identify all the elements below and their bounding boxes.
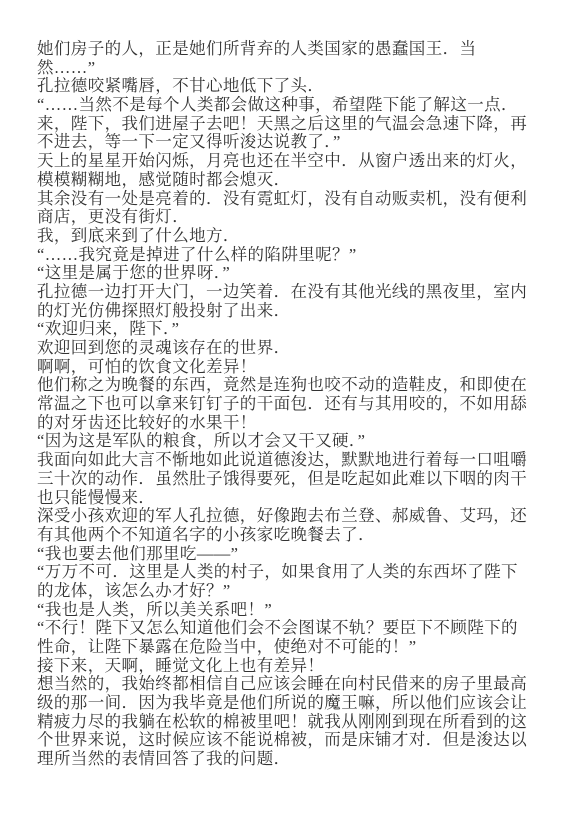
text-line: 深受小孩欢迎的军人孔拉德，好像跑去布兰登、郝威鲁、艾玛，还 [37, 507, 557, 526]
text-line: “……我究竟是掉进了什么样的陷阱里呢？” [37, 246, 557, 265]
text-line: 然……” [37, 59, 557, 78]
text-line: 模模糊糊地，感觉随时都会熄灭． [37, 171, 557, 190]
page-text-block: 她们房子的人，正是她们所背弃的人类国家的愚蠢国王．当然……”孔拉德咬紧嘴唇，不甘… [37, 40, 557, 769]
text-line: 欢迎回到您的灵魂该存在的世界． [37, 339, 557, 358]
text-line: 来，陛下，我们进屋子去吧！天黑之后这里的气温会急速下降，再 [37, 115, 557, 134]
text-line: 天上的星星开始闪烁，月亮也还在半空中．从窗户透出来的灯火， [37, 152, 557, 171]
text-line: 接下来，天啊，睡觉文化上也有差异！ [37, 657, 557, 676]
text-line: “我也要去他们那里吃——” [37, 545, 557, 564]
text-line: 级的那一间．因为我毕竟是他们所说的魔王嘛，所以他们应该会让 [37, 694, 557, 713]
text-line: 理所当然的表情回答了我的问题． [37, 750, 557, 769]
text-line: “欢迎归来，陛下．” [37, 320, 557, 339]
text-line: “不行！陛下又怎么知道他们会不会图谋不轨？要臣下不顾陛下的 [37, 619, 557, 638]
text-line: 的龙体，该怎么办才好？” [37, 582, 557, 601]
text-line: 个世界来说，这时候应该不能说棉被，而是床铺才对．但是浚达以 [37, 731, 557, 750]
text-line: 她们房子的人，正是她们所背弃的人类国家的愚蠢国王．当 [37, 40, 557, 59]
text-line: 三十次的动作．虽然肚子饿得要死，但是吃起如此难以下咽的肉干 [37, 470, 557, 489]
text-line: 想当然的，我始终都相信自己应该会睡在向村民借来的房子里最高 [37, 675, 557, 694]
text-line: 常温之下也可以拿来钉钉子的干面包．还有与其用咬的，不如用舔 [37, 395, 557, 414]
text-line: 商店，更没有街灯． [37, 208, 557, 227]
text-line: “……当然不是每个人类都会做这种事，希望陛下能了解这一点． [37, 96, 557, 115]
text-line: 我面向如此大言不惭地如此说道德浚达，默默地进行着每一口咀嚼 [37, 451, 557, 470]
text-line: 有其他两个不知道名字的小孩家吃晚餐去了． [37, 526, 557, 545]
text-line: 孔拉德一边打开大门，一边笑着．在没有其他光线的黑夜里，室内 [37, 283, 557, 302]
text-line: 也只能慢慢来． [37, 489, 557, 508]
text-line: 的对牙齿还比较好的水果干！ [37, 414, 557, 433]
text-line: 不进去，等一下一定又得听浚达说教了．” [37, 133, 557, 152]
text-line: 精疲力尽的我躺在松软的棉被里吧！就我从刚刚到现在所看到的这 [37, 713, 557, 732]
text-line: 孔拉德咬紧嘴唇，不甘心地低下了头． [37, 77, 557, 96]
text-line: “万万不可．这里是人类的村子，如果食用了人类的东西坏了陛下 [37, 563, 557, 582]
text-line: “这里是属于您的世界呀．” [37, 264, 557, 283]
text-line: 我，到底来到了什么地方． [37, 227, 557, 246]
scanned-page: 她们房子的人，正是她们所背弃的人类国家的愚蠢国王．当然……”孔拉德咬紧嘴唇，不甘… [0, 0, 583, 828]
text-line: “因为这是军队的粮食，所以才会又干又硬．” [37, 432, 557, 451]
text-line: 他们称之为晚餐的东西，竟然是连狗也咬不动的造鞋皮，和即使在 [37, 376, 557, 395]
text-line: 的灯光仿佛探照灯般投射了出来． [37, 302, 557, 321]
text-line: 性命，让陛下暴露在危险当中，使绝对不可能的！” [37, 638, 557, 657]
text-line: “我也是人类，所以美关系吧！” [37, 601, 557, 620]
text-line: 啊啊，可怕的饮食文化差异！ [37, 358, 557, 377]
text-line: 其余没有一处是亮着的．没有霓虹灯，没有自动贩卖机，没有便利 [37, 190, 557, 209]
